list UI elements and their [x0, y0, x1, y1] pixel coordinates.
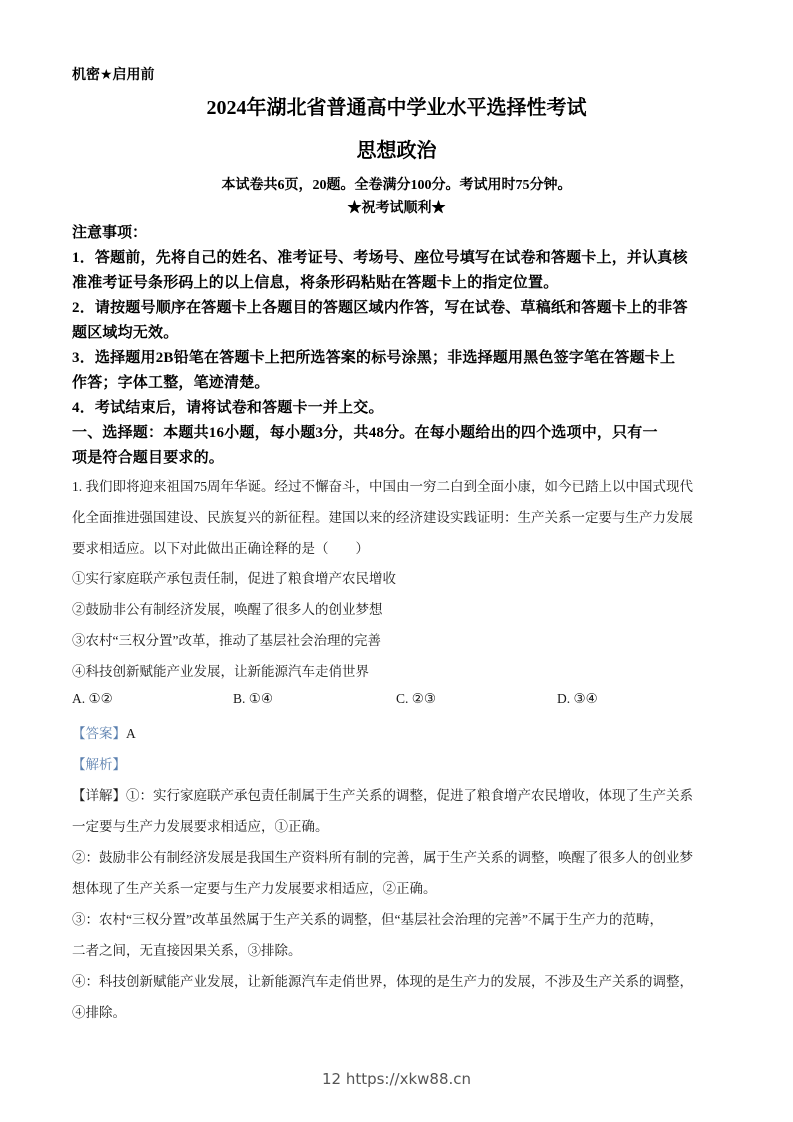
confidential-label: 机密★启用前 [72, 64, 155, 84]
answer-tag: 【答案】 [72, 726, 126, 741]
option-d: D. ③④ [557, 691, 598, 707]
detail-line: 【详解】①：实行家庭联产承包责任制属于生产关系的调整，促进了粮食增产农民增收，体… [72, 784, 693, 804]
statement-4: ④科技创新赋能产业发展，让新能源汽车走俏世界 [72, 660, 369, 680]
note-line: 3．选择题用2B铅笔在答题卡上把所选答案的标号涂黑；非选择题用黑色签字笔在答题卡… [72, 346, 675, 367]
page-footer: 12 https://xkw88.cn [0, 1070, 793, 1088]
statement-1: ①实行家庭联产承包责任制，促进了粮食增产农民增收 [72, 567, 396, 587]
exam-info: 本试卷共6页，20题。全卷满分100分。考试用时75分钟。 [0, 174, 793, 194]
detail-line: 想体现了生产关系一定要与生产力发展要求相适应，②正确。 [72, 877, 437, 897]
note-line: 作答；字体工整，笔迹清楚。 [72, 371, 270, 392]
detail-text: ①：实行家庭联产承包责任制属于生产关系的调整，促进了粮食增产农民增收，体现了生产… [126, 788, 693, 803]
answer-value: A [126, 726, 136, 741]
option-b: B. ①④ [233, 691, 273, 707]
subject-title: 思想政治 [0, 134, 793, 163]
option-a: A. ①② [72, 691, 113, 707]
question-stem: 要求相适应。以下对此做出正确诠释的是（ ） [72, 537, 369, 557]
detail-line: 二者之间，无直接因果关系，③排除。 [72, 939, 302, 959]
note-line: 1．答题前，先将自己的姓名、准考证号、考场号、座位号填写在试卷和答题卡上，并认真… [72, 246, 688, 267]
statement-3: ③农村“三权分置”改革，推动了基层社会治理的完善 [72, 629, 381, 649]
statement-2: ②鼓励非公有制经济发展，唤醒了很多人的创业梦想 [72, 598, 383, 618]
analysis-tag: 【解析】 [72, 753, 126, 773]
question-stem: 1. 我们即将迎来祖国75周年华诞。经过不懈奋斗，中国由一穷二白到全面小康，如今… [72, 475, 693, 495]
detail-line: ④排除。 [72, 1001, 126, 1021]
detail-line: ④：科技创新赋能产业发展，让新能源汽车走俏世界，体现的是生产力的发展，不涉及生产… [72, 970, 693, 990]
option-c: C. ②③ [396, 691, 436, 707]
section-instruction: 一、选择题：本题共16小题，每小题3分，共48分。在每小题给出的四个选项中，只有… [72, 421, 658, 442]
detail-line: 一定要与生产力发展要求相适应，①正确。 [72, 815, 329, 835]
notes-heading: 注意事项： [72, 221, 147, 242]
good-luck-line: ★祝考试顺利★ [0, 197, 793, 217]
exam-title: 2024年湖北省普通高中学业水平选择性考试 [0, 91, 793, 120]
exam-page: 机密★启用前 2024年湖北省普通高中学业水平选择性考试 思想政治 本试卷共6页… [0, 0, 793, 1122]
note-line: 4．考试结束后，请将试卷和答题卡一并上交。 [72, 396, 384, 417]
detail-tag: 【详解】 [72, 788, 126, 803]
detail-line: ②：鼓励非公有制经济发展是我国生产资料所有制的完善，属于生产关系的调整，唤醒了很… [72, 846, 693, 866]
question-stem: 化全面推进强国建设、民族复兴的新征程。建国以来的经济建设实践证明：生产关系一定要… [72, 506, 693, 526]
answer-line: 【答案】A [72, 722, 136, 742]
detail-line: ③：农村“三权分置”改革虽然属于生产关系的调整，但“基层社会治理的完善”不属于生… [72, 908, 663, 928]
note-line: 2．请按题号顺序在答题卡上各题目的答题区域内作答，写在试卷、草稿纸和答题卡上的非… [72, 296, 688, 317]
section-instruction: 项是符合题目要求的。 [72, 446, 224, 467]
note-line: 准准考证号条形码上的以上信息，将条形码粘贴在答题卡上的指定位置。 [72, 271, 558, 292]
note-line: 题区域均无效。 [72, 321, 178, 342]
